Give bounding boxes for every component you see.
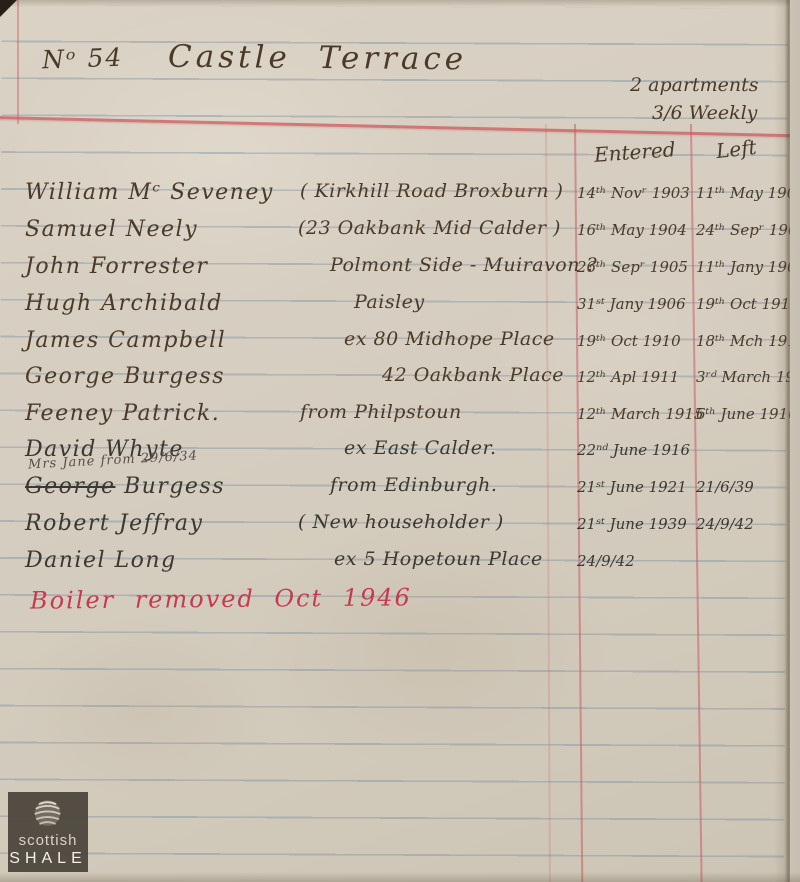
photo-edge-bottom	[0, 872, 800, 882]
house-number: Nᵒ 54	[42, 43, 124, 75]
date-entered: 26ᵗʰ Sepʳ 1905	[577, 258, 693, 276]
apartments-note: 2 apartments	[630, 74, 759, 96]
ledger-row: Samuel Neely (23 Oakbank Mid Calder ) 16…	[0, 215, 800, 251]
tenant-name: Feeney Patrick.	[25, 401, 291, 426]
date-entered: 16ᵗʰ May 1904	[577, 221, 693, 239]
date-entered: 14ᵗʰ Novʳ 1903	[577, 184, 693, 202]
page-edge-right	[774, 0, 800, 882]
date-entered: 21ˢᵗ June 1939	[577, 515, 693, 533]
tenant-name: George Burgess	[25, 474, 291, 499]
ledger-row: Robert Jeffray ( New householder ) 21ˢᵗ …	[0, 509, 800, 545]
ledger-row: Hugh Archibald Paisley 31ˢᵗ Jany 1906 19…	[0, 289, 800, 325]
tenant-name-struck: George	[25, 474, 115, 499]
tenant-name: George Burgess	[25, 364, 291, 389]
red-margin-rule	[17, 0, 19, 124]
tenant-origin: Polmont Side - Muiravon ?	[292, 254, 608, 276]
photo-corner-dark	[0, 0, 17, 17]
ledger-row: William Mᶜ Seveney ( Kirkhill Road Broxb…	[0, 178, 800, 214]
tenant-name: James Campbell	[25, 328, 291, 353]
boiler-removed-note: Boiler removed Oct 1946	[30, 583, 412, 614]
ledger-row: George Burgess 42 Oakbank Place 12ᵗʰ Apl…	[0, 362, 800, 398]
date-entered: 24/9/42	[577, 552, 693, 570]
ledger-row: James Campbell ex 80 Midhope Place 19ᵗʰ …	[0, 326, 800, 362]
date-entered: 19ᵗʰ Oct 1910	[577, 332, 693, 350]
watermark-text-shale: SHALE	[9, 849, 86, 868]
date-entered: 31ˢᵗ Jany 1906	[577, 295, 693, 313]
page-title-street: Castle Terrace	[168, 39, 467, 78]
date-entered: 12ᵗʰ March 1915	[577, 405, 693, 423]
tenant-name: Robert Jeffray	[25, 511, 291, 536]
ledger-row: Feeney Patrick. from Philpstoun 12ᵗʰ Mar…	[0, 399, 800, 435]
ledger-row: John Forrester Polmont Side - Muiravon ?…	[0, 252, 800, 288]
tenant-origin: ex East Calder.	[292, 437, 622, 459]
ledger-page: Nᵒ 54 Castle Terrace 2 apartments 3/6 We…	[0, 0, 800, 882]
tenant-name: Daniel Long	[25, 548, 291, 573]
tenant-name: William Mᶜ Seveney	[25, 180, 291, 205]
tenant-origin: ex 5 Hopetoun Place	[292, 548, 612, 570]
globe-icon	[31, 797, 65, 831]
ledger-row: Daniel Long ex 5 Hopetoun Place 24/9/42	[0, 546, 800, 582]
tenant-origin: (23 Oakbank Mid Calder )	[292, 217, 576, 239]
ledger-row: George Burgess from Edinburgh. 21ˢᵗ June…	[0, 472, 800, 508]
tenant-name: Samuel Neely	[25, 217, 291, 242]
column-header-left: Left	[715, 135, 758, 163]
tenant-origin: ( Kirkhill Road Broxburn )	[292, 180, 578, 202]
tenant-name: Hugh Archibald	[25, 291, 291, 316]
date-entered: 22ⁿᵈ June 1916	[577, 441, 693, 459]
rent-note: 3/6 Weekly	[652, 102, 757, 124]
photo-edge-top	[0, 0, 800, 7]
scottish-shale-watermark: scottish SHALE	[8, 792, 88, 872]
tenant-name: John Forrester	[25, 254, 291, 279]
date-entered: 21ˢᵗ June 1921	[577, 478, 693, 496]
tenant-origin: ( New householder )	[292, 511, 576, 533]
tenant-origin: from Philpstoun	[292, 401, 578, 423]
watermark-text-scottish: scottish	[19, 832, 78, 849]
tenant-origin: from Edinburgh.	[292, 474, 608, 496]
tenant-name-text: Burgess	[115, 474, 225, 499]
date-entered: 12ᵗʰ Apl 1911	[577, 368, 693, 386]
tenant-origin: ex 80 Midhope Place	[292, 328, 622, 350]
